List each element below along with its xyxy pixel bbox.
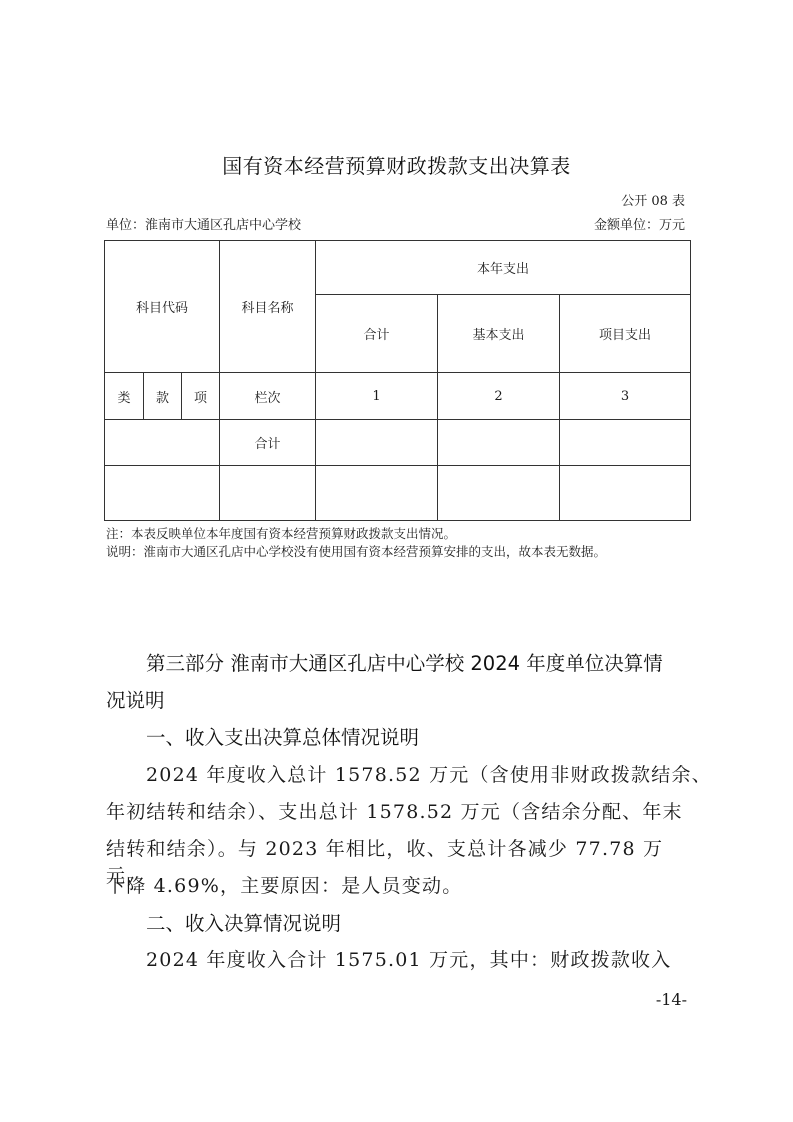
index-column-label: 栏次	[220, 373, 316, 420]
header-subject-code: 科目代码	[105, 241, 220, 373]
table-row-empty	[105, 466, 691, 521]
header-current-year-expense: 本年支出	[316, 241, 691, 295]
header-project-expense: 项目支出	[560, 295, 691, 373]
table-row-total: 合计	[105, 420, 691, 466]
index-col3: 3	[560, 373, 691, 420]
total-row-project	[560, 420, 691, 466]
paragraph2-line1: 2024 年度收入合计 1575.01 万元，其中：财政拨款收入	[146, 945, 736, 972]
header-total: 合计	[316, 295, 438, 373]
empty-row-total	[316, 466, 438, 521]
table-title: 国有资本经营预算财政拨款支出决算表	[0, 150, 793, 179]
paragraph1-line4: 下降 4.69%，主要原因：是人员变动。	[106, 871, 696, 898]
index-section: 款	[144, 373, 182, 420]
empty-row-project	[560, 466, 691, 521]
unit-label: 单位：淮南市大通区孔店中心学校	[106, 214, 301, 233]
header-subject-name: 科目名称	[220, 241, 316, 373]
total-row-basic	[438, 420, 560, 466]
part-title-line1: 第三部分 淮南市大通区孔店中心学校 2024 年度单位决算情	[146, 648, 663, 676]
section-heading-2: 二、收入决算情况说明	[146, 908, 341, 936]
index-col1: 1	[316, 373, 438, 420]
expense-table: 科目代码 科目名称 本年支出 合计 基本支出 项目支出 类 款 项 栏次 1 2…	[104, 240, 691, 521]
total-row-name: 合计	[220, 420, 316, 466]
index-category: 类	[105, 373, 144, 420]
table-note: 注：本表反映单位本年度国有资本经营预算财政拨款支出情况。	[106, 524, 456, 542]
index-item: 项	[182, 373, 220, 420]
index-col2: 2	[438, 373, 560, 420]
empty-row-basic	[438, 466, 560, 521]
total-row-code	[105, 420, 220, 466]
paragraph1-line1: 2024 年度收入总计 1578.52 万元（含使用非财政拨款结余、	[146, 760, 736, 787]
total-row-total	[316, 420, 438, 466]
empty-row-name	[220, 466, 316, 521]
section-heading-1: 一、收入支出决算总体情况说明	[146, 722, 419, 750]
page-number: -14-	[656, 990, 687, 1009]
amount-unit-label: 金额单位：万元	[594, 214, 685, 233]
table-explanation: 说明：淮南市大通区孔店中心学校没有使用国有资本经营预算安排的支出，故本表无数据。	[106, 542, 606, 560]
table-number: 公开 08 表	[621, 190, 685, 209]
header-basic-expense: 基本支出	[438, 295, 560, 373]
paragraph1-line2: 年初结转和结余）、支出总计 1578.52 万元（含结余分配、年末	[106, 797, 696, 824]
empty-row-code	[105, 466, 220, 521]
part-title-line2: 况说明	[106, 685, 165, 713]
